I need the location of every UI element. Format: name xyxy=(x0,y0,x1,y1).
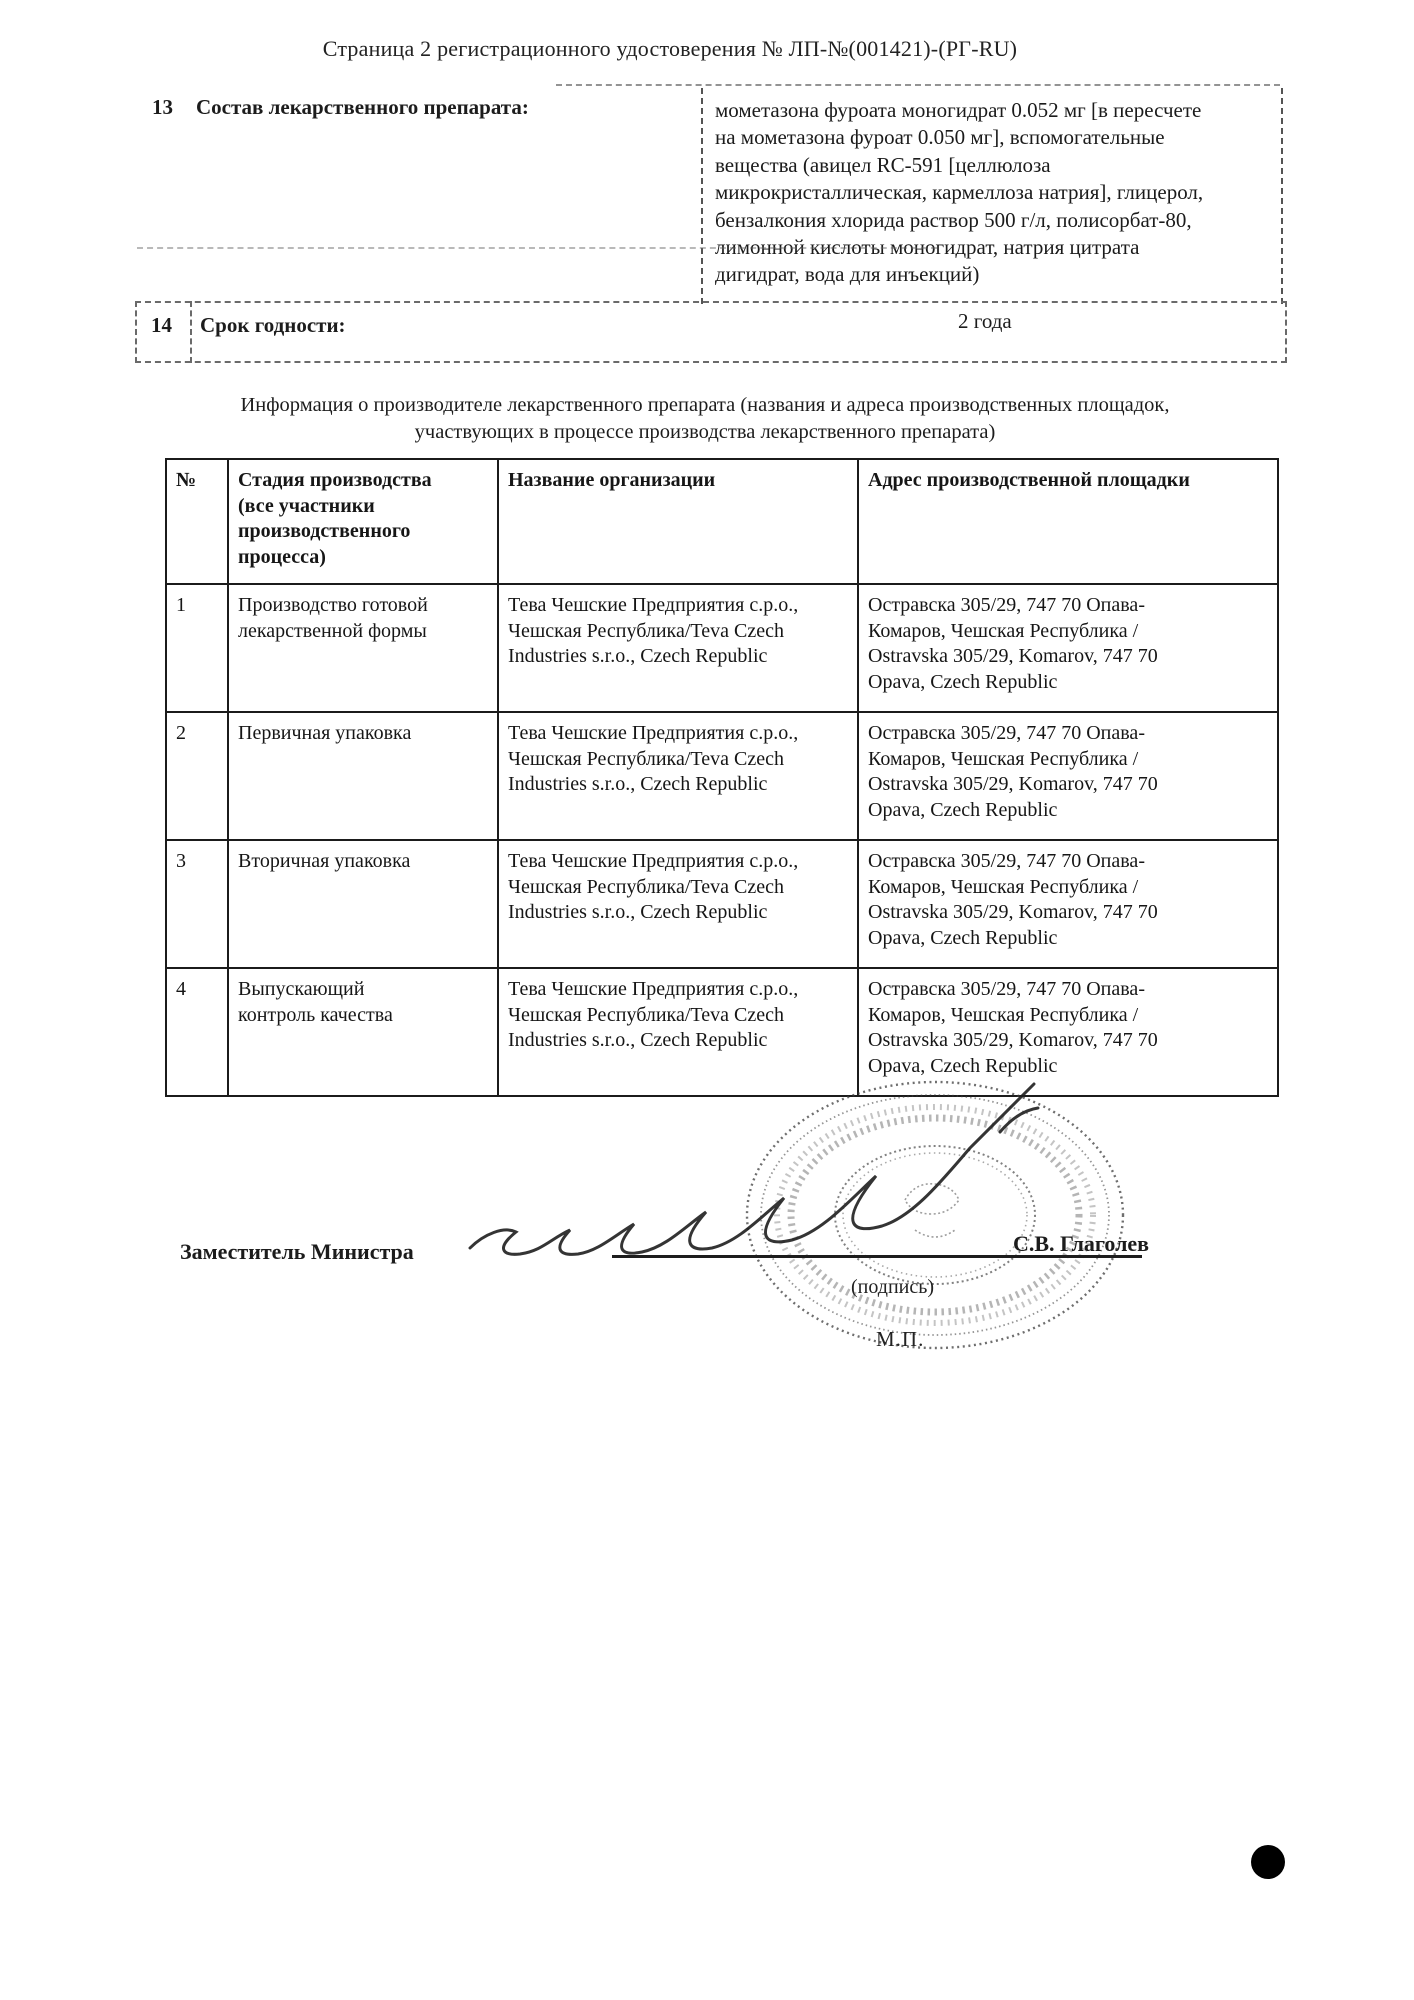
field-13-label: Состав лекарственного препарата: xyxy=(196,95,529,120)
cell-stage: Вторичная упаковка xyxy=(228,840,498,968)
scanned-page: Страница 2 регистрационного удостоверени… xyxy=(0,0,1414,2000)
cell-organization: Тева Чешские Предприятия с.р.о., Чешская… xyxy=(498,584,858,712)
field-14-label: Срок годности: xyxy=(200,313,346,338)
cell-num: 3 xyxy=(166,840,228,968)
signer-name: С.В. Глаголев xyxy=(1013,1231,1149,1257)
cell-address: Остравска 305/29, 747 70 Опава- Комаров,… xyxy=(858,712,1278,840)
signature-and-seal-graphic xyxy=(400,1040,1220,1400)
col-header-num: № xyxy=(166,459,228,584)
signature-caption: (подпись) xyxy=(851,1276,934,1299)
cell-organization: Тева Чешские Предприятия с.р.о., Чешская… xyxy=(498,840,858,968)
col-header-stage: Стадия производства (все участники произ… xyxy=(228,459,498,584)
table-header-row: № Стадия производства (все участники про… xyxy=(166,459,1278,584)
page-header-title: Страница 2 регистрационного удостоверени… xyxy=(0,36,1340,62)
cell-stage: Производство готовой лекарственной формы xyxy=(228,584,498,712)
ministry-seal-stamp xyxy=(747,1082,1123,1348)
table-row: 3 Вторичная упаковка Тева Чешские Предпр… xyxy=(166,840,1278,968)
field-14-divider xyxy=(190,301,192,363)
manufacturing-sites-table: № Стадия производства (все участники про… xyxy=(165,458,1279,1097)
cell-num: 1 xyxy=(166,584,228,712)
field-14-number: 14 xyxy=(151,313,172,338)
col-header-address: Адрес производственной площадки xyxy=(858,459,1278,584)
signatory-title: Заместитель Министра xyxy=(180,1239,414,1265)
cell-address: Остравска 305/29, 747 70 Опава- Комаров,… xyxy=(858,584,1278,712)
col-header-organization: Название организации xyxy=(498,459,858,584)
dashed-line-separator xyxy=(137,247,937,249)
cell-stage: Первичная упаковка xyxy=(228,712,498,840)
cell-num: 2 xyxy=(166,712,228,840)
scan-artifact-dot xyxy=(1251,1845,1285,1879)
dashed-line-top xyxy=(556,84,1280,86)
field-14-value: 2 года xyxy=(958,309,1012,334)
field-13-number: 13 xyxy=(152,95,173,120)
seal-place-caption: М.П. xyxy=(876,1327,924,1352)
signature-scribble xyxy=(470,1084,1038,1254)
manufacturer-info-heading: Информация о производителе лекарственног… xyxy=(40,392,1370,446)
cell-address: Остравска 305/29, 747 70 Опава- Комаров,… xyxy=(858,840,1278,968)
table-row: 2 Первичная упаковка Тева Чешские Предпр… xyxy=(166,712,1278,840)
field-13-value: мометазона фуроата моногидрат 0.052 мг [… xyxy=(715,97,1271,289)
cell-num: 4 xyxy=(166,968,228,1096)
table-row: 1 Производство готовой лекарственной фор… xyxy=(166,584,1278,712)
cell-organization: Тева Чешские Предприятия с.р.о., Чешская… xyxy=(498,712,858,840)
